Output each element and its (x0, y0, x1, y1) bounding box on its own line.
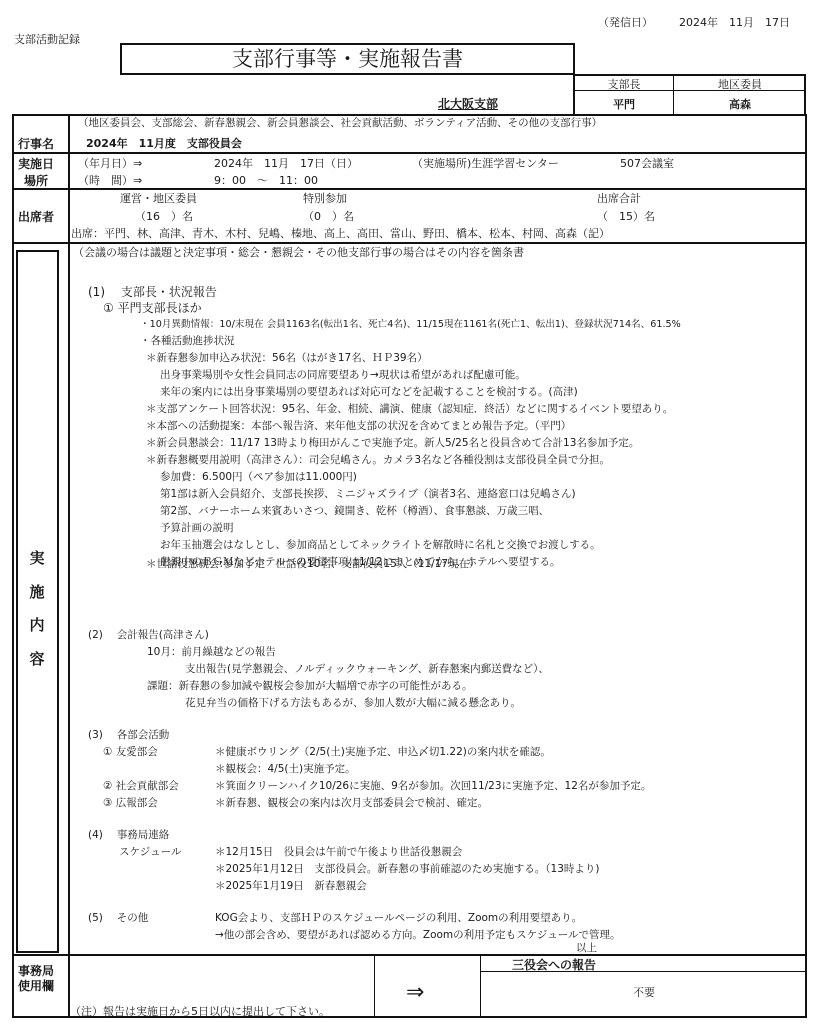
content-line: ＊新会員懇談会：11/17 13時より梅田がんこで実施予定。新人5/25名と役員… (146, 435, 639, 450)
content-line: (5) その他 (88, 910, 148, 925)
content-label-char: 容 (17, 648, 57, 669)
content-line: ＊新春懇参加申込み状況：56名（はがき17名、ＨＰ39名） (146, 350, 428, 365)
content-line: 10月：前月繰越などの報告 (147, 644, 276, 659)
place-room: 507会議室 (620, 155, 674, 171)
approval-branch-chief: 平門 (575, 96, 673, 112)
issue-date: 2024年 11月 17日 (679, 14, 790, 30)
content-line: ③ 広報部会 (103, 795, 158, 810)
content-line: ・10月異動情報：10/末現在 会員1163名(転出1名、死亡4名)、11/15… (140, 316, 681, 330)
content-line: ＊新春懇概要用説明（高津さん）：司会兒嶋さん。カメラ3名など各種役割は支部役員全… (146, 452, 610, 467)
approval-header-district: 地区委員 (675, 76, 805, 92)
content-line: ＊本部への活動提案：本部へ報告済、来年他支部の状況を含めてまとめ報告予定。（平門… (146, 418, 571, 433)
approval-header-branch-chief: 支部長 (575, 76, 673, 92)
content-line: ＊12月15日 役員会は午前で午後より世話役懇親会 (215, 844, 462, 859)
content-line: (2) 会計報告(高津さん) (88, 627, 209, 642)
content-line: ＊2025年1月19日 新春懇親会 (215, 878, 367, 893)
content-line: お年玉抽選会はなしとし、参加商品としてネックライトを解散時に名札と交換でお渡しす… (160, 537, 601, 552)
content-line: ① 友愛部会 (103, 744, 158, 759)
title-box: 支部行事等・実施報告書 (120, 43, 575, 75)
content-line: 予算計画の説明 (160, 520, 234, 535)
content-line: ① 平門支部長ほか (103, 299, 202, 316)
content-line: (1) 支部長・状況報告 (88, 283, 217, 300)
content-line: ＊健康ボウリング（2/5(土)実施予定、申込〆切1.22)の案内状を確認。 (215, 744, 551, 759)
attendance-staff-header: 運営・地区委員 (120, 190, 197, 206)
report-to-officers-header: 三役会への報告 (512, 956, 596, 973)
schedule-label-date: 実施日 (18, 155, 54, 172)
content-line: ② 社会貢献部会 (103, 778, 179, 793)
content-line: ＊世話役懇親会:参加予定 世話役10名、支部役員15人（11/17現在） (146, 556, 480, 571)
content-line: 参加費：6.500円（ペア参加は11.000円) (160, 469, 357, 484)
content-line: (3) 各部会活動 (88, 727, 169, 742)
event-label: 行事名 (18, 135, 54, 152)
content-line: 出身事業場別や女性会員同志の同席要望あり→現状は希望があれば配慮可能。 (160, 367, 526, 382)
time-value: 9：00 ～ 11：00 (214, 172, 318, 188)
content-line: ＊支部アンケート回答状況：95名、年金、相続、講演、健康（認知症．終活）などに関… (146, 401, 673, 416)
content-label-char: 内 (17, 614, 57, 635)
attendance-total-header: 出席合計 (597, 190, 641, 206)
content-line: 第1部は新入会員紹介、支部長挨拶、ミニジャズライブ（演者3名、連絡窓口は兒嶋さん… (160, 486, 576, 501)
record-label: 支部活動記録 (14, 31, 80, 47)
attendance-total-count: （ 15）名 (597, 208, 655, 224)
attendance-names: 出席：平門、林、高津、青木、木村、兒嶋、榛地、高上、高田、當山、野田、橋本、松本… (71, 225, 610, 241)
content-line: ＊2025年1月12日 支部役員会。新春懇の事前確認のため実施する。（13時より… (215, 861, 599, 876)
content-line: ＊箕面クリーンハイク10/26に実施、9名が参加。次回11/23に実施予定、12… (215, 778, 651, 793)
content-line: ＊観桜会：4/5(土)実施予定。 (215, 761, 356, 776)
attendance-label: 出席者 (18, 208, 54, 225)
content-label-char: 実 (17, 547, 57, 568)
schedule-label-place: 場所 (24, 172, 48, 189)
event-name: 2024年 11月度 支部役員会 (86, 135, 242, 151)
content-line: 支出報告(見学懇親会、ノルディックウォーキング、新春懇案内郵送費など）、 (185, 661, 549, 676)
attendance-staff-count: （16 ）名 (135, 208, 193, 224)
page-title: 支部行事等・実施報告書 (122, 45, 573, 73)
report-to-officers-value: 不要 (482, 984, 806, 1000)
content-line: 来年の案内には出身事業場別の要望あれば対応可などを記載することを検討する。(高津… (160, 384, 578, 399)
approval-district: 高森 (675, 96, 805, 112)
branch-name: 北大阪支部 (438, 95, 498, 112)
attendance-special-header: 特別参加 (303, 190, 347, 206)
content-line: ＊新春懇、観桜会の案内は次月支部委員会で検討、確定。 (215, 795, 488, 810)
content-hint: （会議の場合は議題と決定事項・総会・懇親会・その他支部行事の場合はその内容を箇条… (73, 244, 524, 260)
content-line: 第2部、バナーホーム来賓あいさつ、鏡開き、乾杯（樽酒）、食事懇談、万歳三唱、 (160, 503, 549, 518)
time-label: （時 間）⇒ (78, 172, 142, 188)
date-value: 2024年 11月 17日（日） (214, 155, 358, 171)
content-line: →他の部会含め、要望があれば認める方向。Zoomの利用予定もスケジュールで管理。 (215, 927, 621, 942)
event-hint: （地区委員会、支部総会、新春懇親会、新会員懇談会、社会貢献活動、ボランティア活動… (78, 115, 602, 130)
content-line: ・各種活動進捗状況 (140, 333, 235, 348)
content-line: (4) 事務局連絡 (88, 827, 169, 842)
place-label: （実施場所)生涯学習センター (412, 155, 559, 171)
attendance-special-count: （0 ）名 (303, 208, 354, 224)
arrow-right-icon: ⇒ (406, 980, 424, 1005)
office-label-line2: 使用欄 (18, 977, 54, 994)
footer-note: （注）報告は実施日から5日以内に提出して下さい。 (70, 1003, 330, 1019)
content-line: スケジュール (119, 844, 181, 859)
content-line: 課題：新春懇の参加減や観桜会参加が大幅増で赤字の可能性がある。 (147, 678, 473, 693)
date-label: （年月日）⇒ (78, 155, 142, 171)
content-line: 花見弁当の価格下げる方法もあるが、参加人数が大幅に減る懸念あり。 (185, 695, 521, 710)
content-line: KOG会より、支部ＨＰのスケジュールページの利用、Zoomの利用要望あり。 (215, 910, 582, 925)
issue-date-label: （発信日） (598, 14, 653, 30)
content-label-char: 施 (17, 581, 57, 602)
content-line: 以上 (576, 940, 597, 955)
